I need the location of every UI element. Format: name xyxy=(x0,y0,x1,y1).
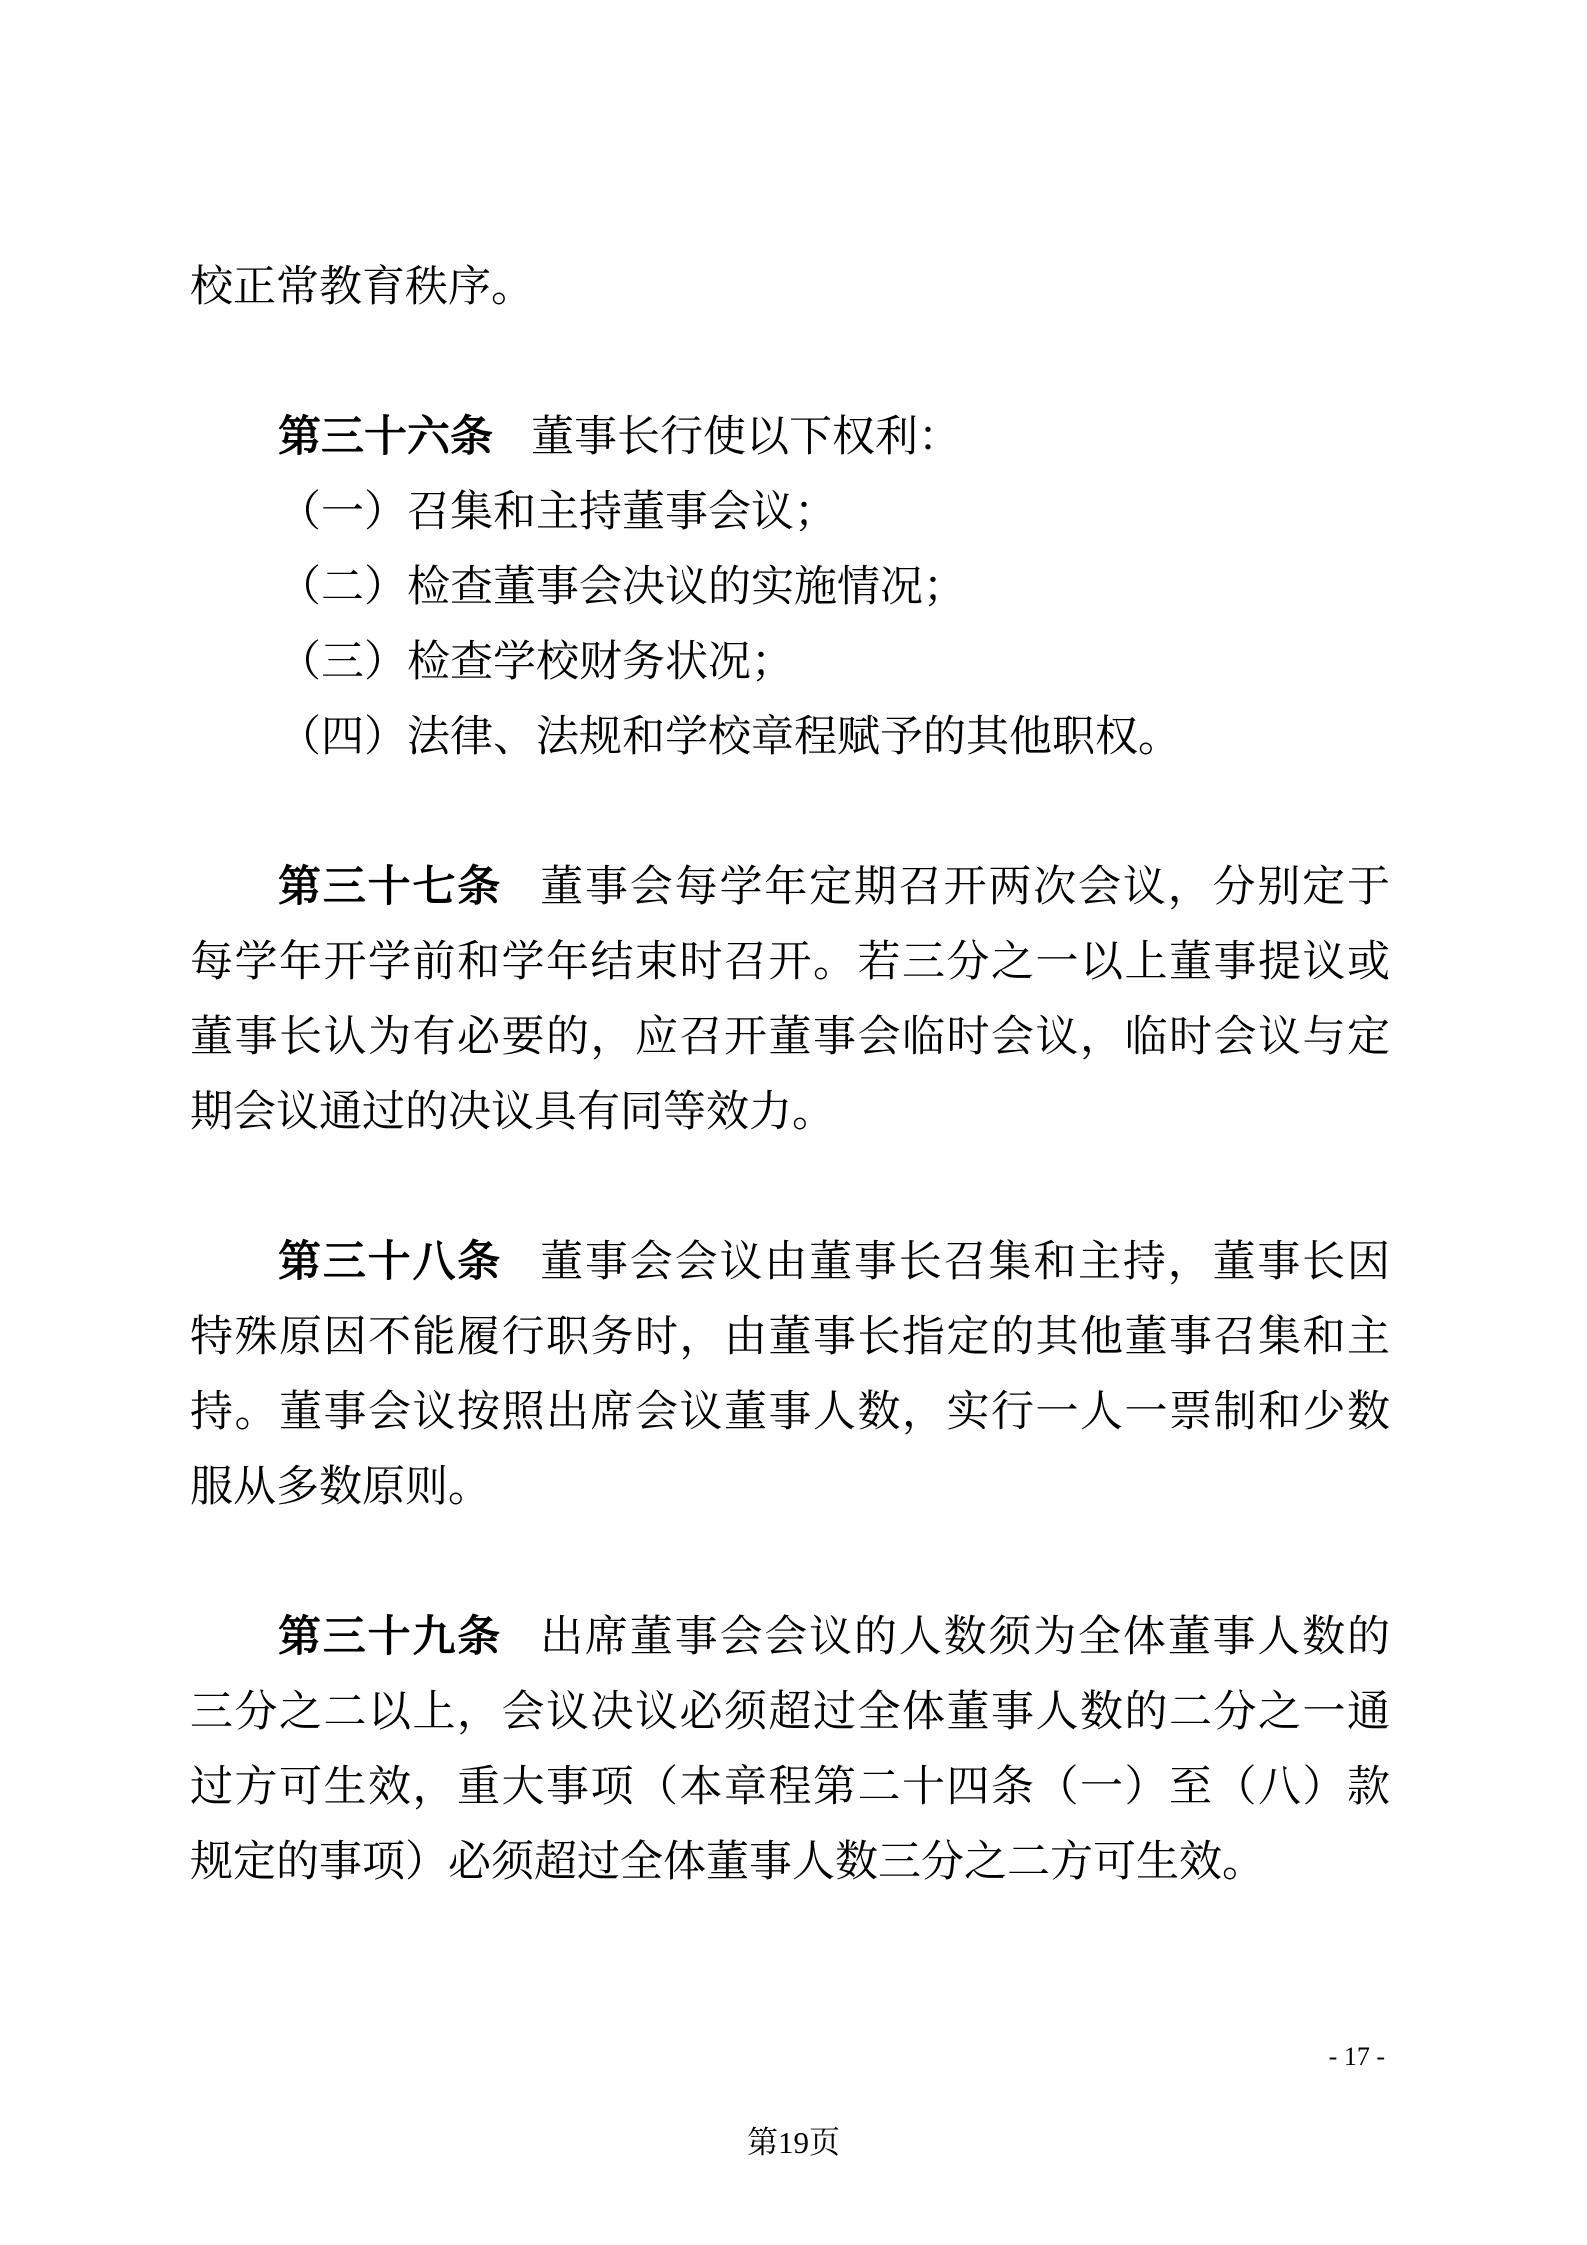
list-item-3: （三）检查学校财务状况； xyxy=(190,625,1390,700)
paragraph-text: （一）召集和主持董事会议； xyxy=(278,489,837,536)
paragraph-article-36: 第三十六条董事长行使以下权利： xyxy=(190,400,1390,475)
article-number: 第三十七条 xyxy=(278,864,502,911)
list-item-2: （二）检查董事会决议的实施情况； xyxy=(190,550,1390,625)
article-number: 第三十八条 xyxy=(278,1239,502,1286)
paragraph-text: （三）检查学校财务状况； xyxy=(278,639,794,686)
article-number: 第三十六条 xyxy=(278,414,493,461)
paragraph-text: 董事长行使以下权利： xyxy=(531,414,961,461)
document-body: 校正常教育秩序。 第三十六条董事长行使以下权利： （一）召集和主持董事会议； （… xyxy=(190,250,1390,1900)
paragraph-article-38: 第三十八条董事会会议由董事长召集和主持，董事长因特殊原因不能履行职务时，由董事长… xyxy=(190,1225,1390,1525)
list-item-4: （四）法律、法规和学校章程赋予的其他职权。 xyxy=(190,700,1390,775)
list-item-1: （一）召集和主持董事会议； xyxy=(190,475,1390,550)
paragraph-text: 校正常教育秩序。 xyxy=(190,264,534,311)
paragraph-continuation: 校正常教育秩序。 xyxy=(190,250,1390,325)
paragraph-article-39: 第三十九条出席董事会会议的人数须为全体董事人数的三分之二以上，会议决议必须超过全… xyxy=(190,1600,1390,1900)
article-number: 第三十九条 xyxy=(278,1614,502,1661)
inner-page-number: - 17 - xyxy=(1329,2042,1385,2072)
paragraph-article-37: 第三十七条董事会每学年定期召开两次会议，分别定于每学年开学前和学年结束时召开。若… xyxy=(190,850,1390,1150)
footer-page-label: 第19页 xyxy=(0,2124,1587,2162)
document-page: 校正常教育秩序。 第三十六条董事长行使以下权利： （一）召集和主持董事会议； （… xyxy=(0,0,1587,2245)
paragraph-text: （四）法律、法规和学校章程赋予的其他职权。 xyxy=(278,714,1181,761)
paragraph-text: （二）检查董事会决议的实施情况； xyxy=(278,564,966,611)
